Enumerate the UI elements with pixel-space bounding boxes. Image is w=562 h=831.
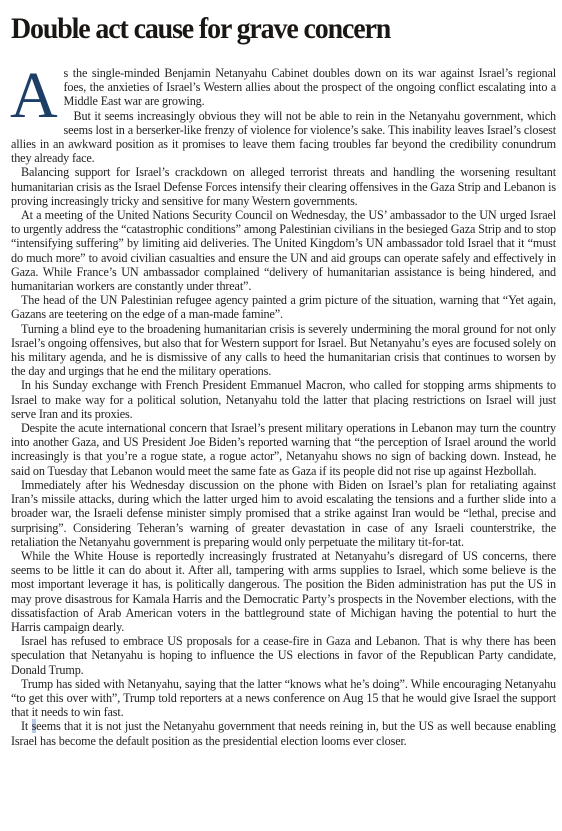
article-body: As the single-minded Benjamin Netanyahu … — [11, 66, 556, 748]
paragraph-3: Balancing support for Israel’s crackdown… — [11, 165, 556, 208]
paragraph-text: eems that it is not just the Netanyahu g… — [11, 719, 556, 747]
paragraph-8: Despite the acute international concern … — [11, 421, 556, 478]
paragraph-9: Immediately after his Wednesday discussi… — [11, 478, 556, 549]
paragraph-text: It — [21, 719, 32, 733]
paragraph-11: Israel has refused to embrace US proposa… — [11, 634, 556, 677]
paragraph-6: Turning a blind eye to the broadening hu… — [11, 322, 556, 379]
paragraph-1: As the single-minded Benjamin Netanyahu … — [11, 66, 556, 109]
drop-cap: A — [10, 68, 58, 124]
paragraph-text: s the single-minded Benjamin Netanyahu C… — [64, 66, 556, 108]
paragraph-12: Trump has sided with Netanyahu, saying t… — [11, 677, 556, 720]
headline: Double act cause for grave concern — [11, 12, 390, 46]
paragraph-10: While the White House is reportedly incr… — [11, 549, 556, 634]
paragraph-4: At a meeting of the United Nations Secur… — [11, 208, 556, 293]
paragraph-13: It seems that it is not just the Netanya… — [11, 719, 556, 747]
paragraph-7: In his Sunday exchange with French Presi… — [11, 378, 556, 421]
paragraph-2: But it seems increasingly obvious they w… — [11, 109, 556, 166]
paragraph-5: The head of the UN Palestinian refugee a… — [11, 293, 556, 321]
